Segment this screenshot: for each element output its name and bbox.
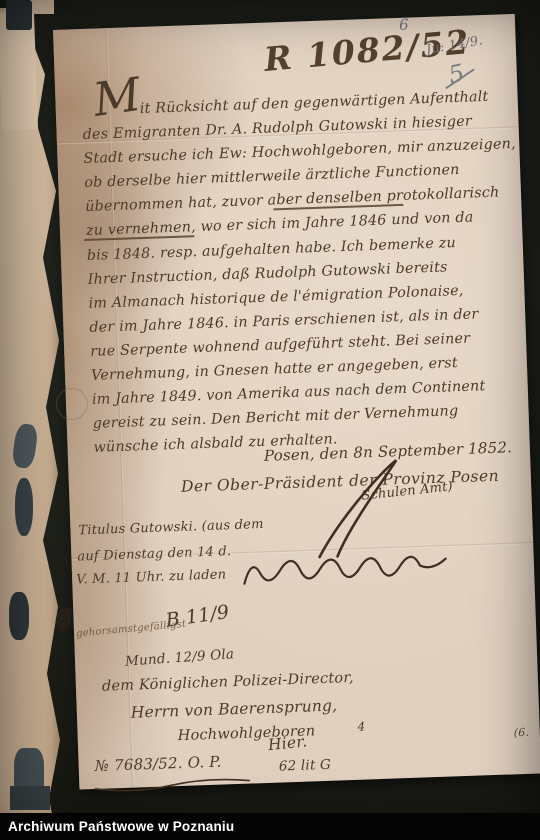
archive-footer-band: Archiwum Państwowe w Poznaniu	[0, 813, 540, 840]
letter-body: it Rücksicht auf den gegenwärtigen Aufen…	[81, 84, 523, 460]
address-lit-superscript: 4	[357, 720, 365, 734]
reference-number: № 7683/52. O. P.	[94, 753, 221, 775]
archive-footer-label: Archiwum Państwowe w Poznaniu	[0, 819, 234, 834]
address-hier: Hier.	[267, 732, 308, 754]
archival-scan: R 1082/52 6 Ju: 14/9. 5 M it Rücksicht a…	[0, 0, 540, 840]
official-paraph-icon	[239, 546, 452, 593]
address-line-director: dem Königlichen Polizei-Director,	[102, 670, 354, 695]
binding-gap-shadow	[15, 478, 33, 536]
pencil-mark-six: 6	[399, 16, 409, 34]
binding-gap-shadow	[6, 0, 32, 30]
torn-binding-edge	[0, 8, 64, 840]
annotation-mund-note: Mund. 12/9 Ola	[125, 646, 235, 670]
annotation-summon-time: V. M. 11 Uhr. zu laden	[76, 567, 226, 587]
corner-pagination-note: (6.	[514, 726, 530, 740]
signature-paraph-icon	[304, 456, 417, 560]
annotation-faint-note: gehorsamstgefälligst	[76, 619, 187, 640]
embossed-seal	[56, 388, 88, 420]
annotation-summon-date: auf Dienstag den 14 d.	[77, 544, 231, 564]
underline-flourish-icon	[93, 775, 253, 795]
binding-gap-shadow	[10, 786, 50, 810]
binding-gap-shadow	[9, 592, 29, 640]
annotation-titulus: Titulus Gutowski. (aus dem	[78, 517, 264, 538]
address-line-baerensprung: Herrn von Baerensprung,	[131, 696, 338, 721]
address-lit-note: 62 lit G	[279, 757, 332, 775]
document-page: R 1082/52 6 Ju: 14/9. 5 M it Rücksicht a…	[53, 14, 540, 790]
